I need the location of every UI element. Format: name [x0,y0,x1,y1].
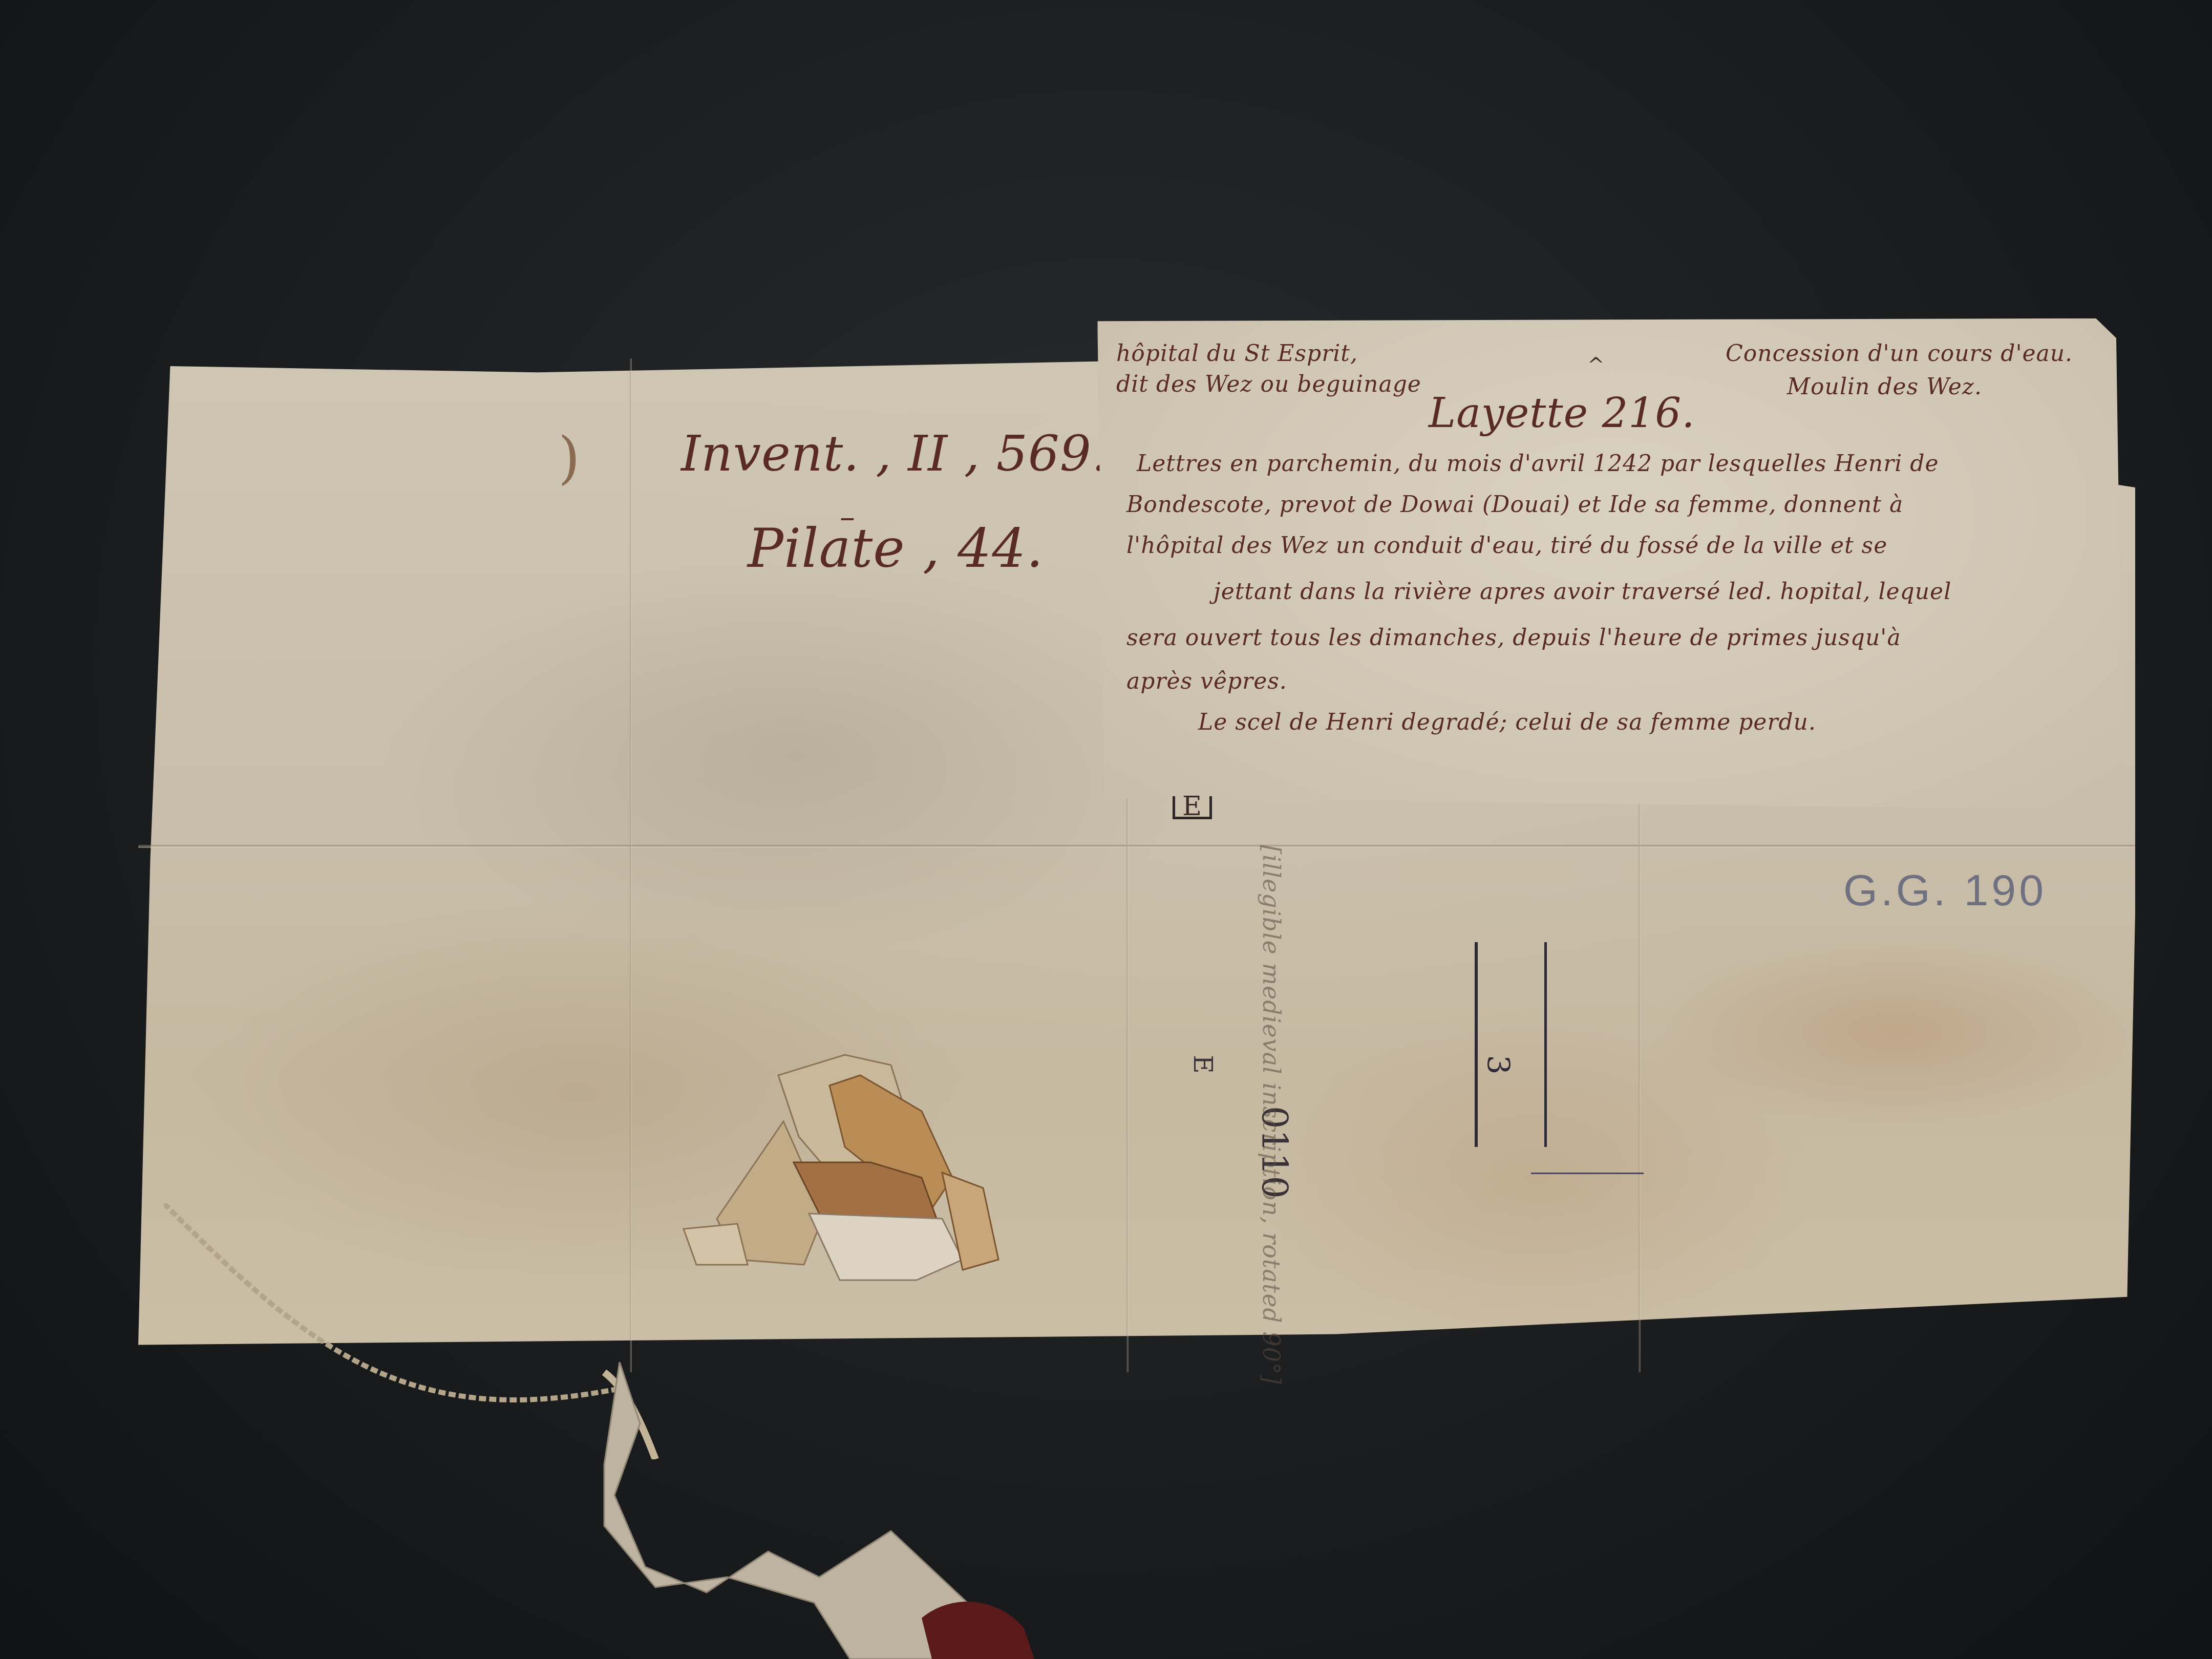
label-header-left-2: dit des Wez ou beguinage [1116,371,1421,397]
bracket-mark: ) [558,425,581,491]
caret-mark: ^ [1587,353,1605,377]
label-header-right-1: Concession d'un cours d'eau. [1726,341,2073,367]
inventory-reference: Invent. , II , 569. [681,425,1108,482]
label-header-right-2: Moulin des Wez. [1787,374,1982,400]
label-body-line: l'hôpital des Wez un conduit d'eau, tiré… [1126,533,1887,559]
label-header-left-1: hôpital du St Esprit, [1116,341,1358,367]
label-body-line: Bondescote, prevot de Dowai (Douai) et I… [1126,492,1903,518]
horizontal-fold [138,845,2135,848]
hanging-parchment-tag-icon [573,1362,1137,1659]
label-body-line: jettant dans la rivière apres avoir trav… [1214,579,1951,605]
shelfmark-pencil: G.G. 190 [1843,865,2047,916]
folded-seal-tag-icon [676,1045,1055,1301]
vertical-mark-e: E [1188,1055,1218,1074]
label-body-line: après vêpres. [1126,668,1287,694]
label-body-line: Lettres en parchemin, du mois d'avril 12… [1137,451,1939,477]
vertical-medieval-text: [illegible medieval inscription, rotated… [1258,845,1285,1357]
label-body-line: sera ouvert tous les dimanches, depuis l… [1126,625,1901,651]
box-mark-e: E [1173,796,1212,819]
drawn-line [1531,1173,1644,1174]
layette-number: Layette 216. [1429,389,1695,437]
drawn-box [1475,942,1547,1147]
label-seal-note: Le scel de Henri degradé; celui de sa fe… [1198,709,1816,735]
pilate-reference: Pilate , 44. [748,517,1044,580]
box-number: 3 [1480,1055,1516,1075]
